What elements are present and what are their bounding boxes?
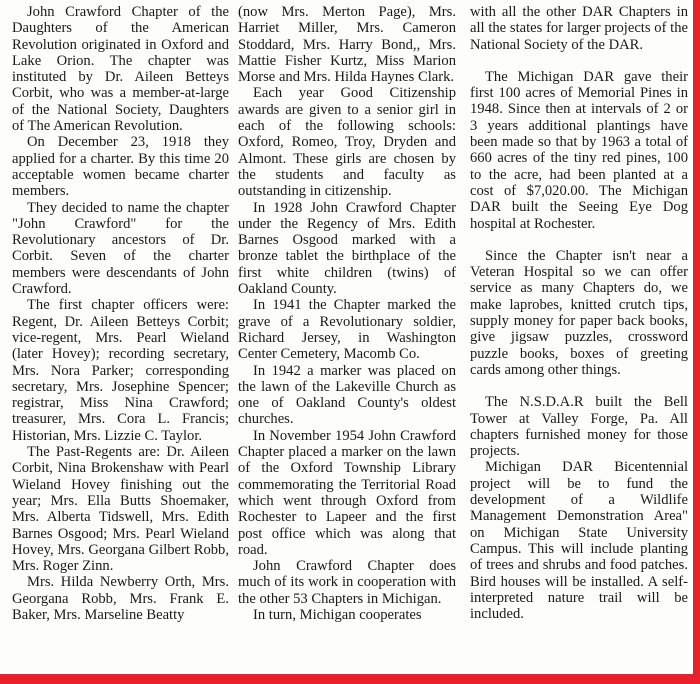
- paragraph: The N.S.D.A.R built the Bell Tower at Va…: [470, 394, 688, 459]
- red-border-right: [693, 0, 700, 684]
- text-column-2: (now Mrs. Merton Page), Mrs. Harriet Mil…: [238, 4, 456, 623]
- paragraph: Since the Chapter isn't near a Veteran H…: [470, 248, 688, 378]
- paragraph: Michigan DAR Bicentennial project will b…: [470, 459, 688, 622]
- paragraph: Mrs. Hilda Newberry Orth, Mrs. Georgana …: [12, 574, 229, 623]
- paragraph: In turn, Michigan cooperates: [238, 607, 456, 623]
- paragraph: In 1942 a marker was placed on the lawn …: [238, 363, 456, 428]
- paragraph: They decided to name the chapter "John C…: [12, 200, 229, 298]
- paragraph: The first chapter officers were: Regent,…: [12, 297, 229, 444]
- paragraph: John Crawford Chapter does much of its w…: [238, 558, 456, 607]
- paragraph: (now Mrs. Merton Page), Mrs. Harriet Mil…: [238, 4, 456, 85]
- paragraph: In November 1954 John Crawford Chapter p…: [238, 428, 456, 558]
- paragraph: On December 23, 1918 they applied for a …: [12, 134, 229, 199]
- text-column-1: John Crawford Chapter of the Daughters o…: [12, 4, 229, 623]
- paragraph: Each year Good Citizenship awards are gi…: [238, 85, 456, 199]
- paragraph: The Past-Regents are: Dr. Aileen Corbit,…: [12, 444, 229, 574]
- paragraph: In 1941 the Chapter marked the grave of …: [238, 297, 456, 362]
- paragraph: In 1928 John Crawford Chapter under the …: [238, 200, 456, 298]
- paragraph: The Michigan DAR gave their first 100 ac…: [470, 69, 688, 232]
- document-page: John Crawford Chapter of the Daughters o…: [0, 0, 693, 674]
- text-column-3: with all the other DAR Chapters in all t…: [470, 4, 688, 622]
- paragraph: with all the other DAR Chapters in all t…: [470, 4, 688, 53]
- red-border-bottom: [0, 674, 700, 684]
- paragraph: John Crawford Chapter of the Daughters o…: [12, 4, 229, 134]
